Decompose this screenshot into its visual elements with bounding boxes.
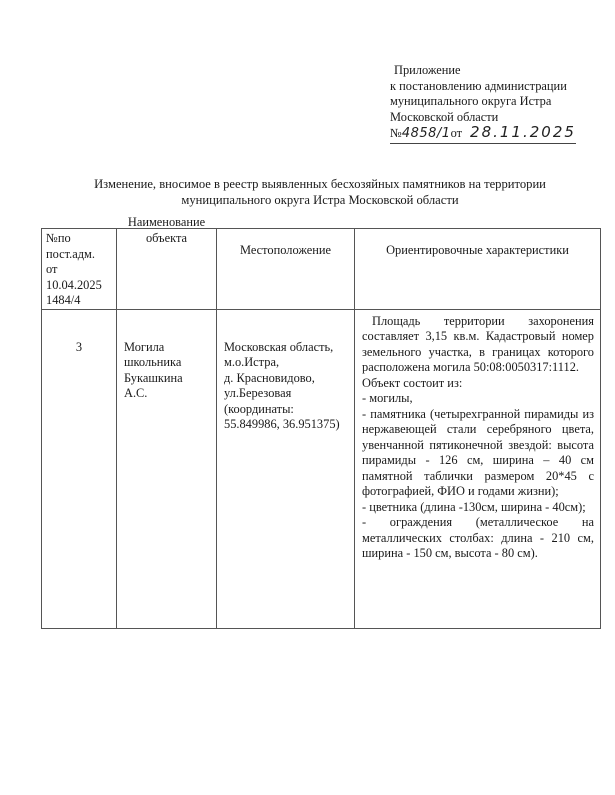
name-line: Букашкина [124, 371, 212, 387]
document-title: Изменение, вносимое в реестр выявленных … [60, 177, 580, 208]
header-object-name: Наименование объекта [117, 229, 217, 310]
header-text: 1484/4 [46, 293, 116, 309]
header-characteristics: Ориентировочные характеристики [355, 229, 601, 310]
title-line-2: муниципального округа Истра Московской о… [60, 193, 580, 209]
name-line: Могила [124, 340, 212, 356]
number-prefix: № [390, 126, 402, 140]
header-text: №по [46, 231, 116, 247]
characteristics-consists: Объект состоит из: [362, 376, 594, 392]
location-line: Московская область, [224, 340, 350, 356]
appendix-line: к постановлению администрации [390, 79, 610, 95]
resolution-number-date: №4858/1от28.11.2025 [390, 125, 576, 144]
header-text: Наименование объекта [117, 215, 216, 246]
handwritten-date: 28.11.2025 [470, 123, 576, 141]
characteristics-item: - могилы, [362, 391, 594, 407]
registry-table: №по пост.адм. от 10.04.2025 1484/4 Наиме… [41, 228, 601, 629]
characteristics-intro: Площадь территории захоронения составляе… [362, 314, 594, 376]
location-line: 55.849986, 36.951375) [224, 417, 350, 433]
header-text: пост.адм. [46, 247, 116, 263]
header-text: 10.04.2025 [46, 278, 116, 294]
location-line: ул.Березовая [224, 386, 350, 402]
location-line: д. Красновидово, [224, 371, 350, 387]
header-location: Местоположение [217, 229, 355, 310]
cell-object-name: Могила школьника Букашкина А.С. [117, 309, 217, 628]
location-line: м.о.Истра, [224, 355, 350, 371]
appendix-line: муниципального округа Истра [390, 94, 610, 110]
handwritten-number: 4858/1 [402, 126, 451, 141]
appendix-heading: Приложение [390, 63, 610, 79]
cell-characteristics: Площадь территории захоронения составляе… [355, 309, 601, 628]
characteristics-item: - ограждения (металлическое на металличе… [362, 515, 594, 562]
characteristics-item: - памятника (четырехгранной пирамиды из … [362, 407, 594, 500]
name-line: школьника [124, 355, 212, 371]
location-line: (координаты: [224, 402, 350, 418]
characteristics-item: - цветника (длина -130см, ширина - 40см)… [362, 500, 594, 516]
name-line: А.С. [124, 386, 212, 402]
cell-number: 3 [42, 309, 117, 628]
date-prefix: от [451, 126, 462, 140]
cell-location: Московская область, м.о.Истра, д. Красно… [217, 309, 355, 628]
table-header-row: №по пост.адм. от 10.04.2025 1484/4 Наиме… [42, 229, 601, 310]
appendix-block: Приложение к постановлению администрации… [390, 63, 610, 144]
header-resolution-number: №по пост.адм. от 10.04.2025 1484/4 [42, 229, 117, 310]
title-line-1: Изменение, вносимое в реестр выявленных … [60, 177, 580, 193]
header-text: от [46, 262, 116, 278]
table-row: 3 Могила школьника Букашкина А.С. Москов… [42, 309, 601, 628]
